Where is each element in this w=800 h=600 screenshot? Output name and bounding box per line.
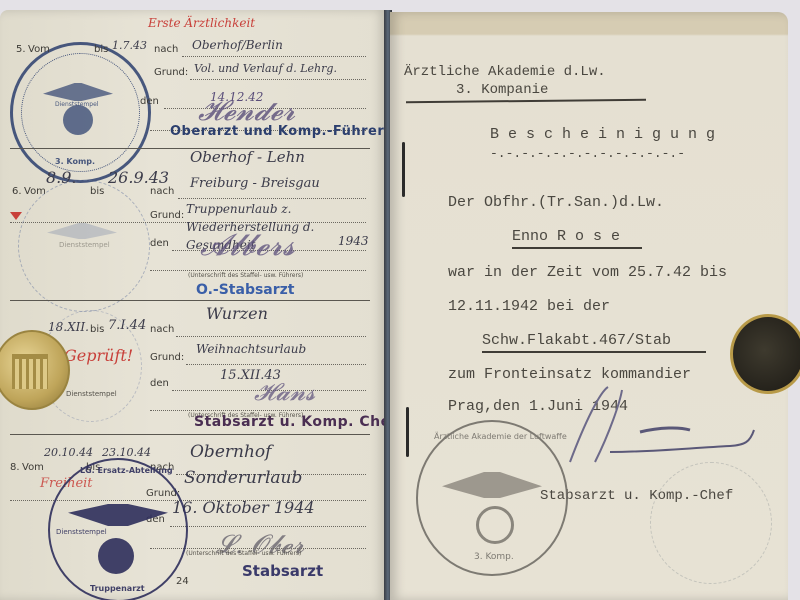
entry-7-signature: 𝓗𝓪𝓷𝓼 bbox=[254, 378, 315, 406]
wreath-emblem-icon bbox=[476, 506, 514, 544]
entry-8-destination: Obernhof bbox=[190, 442, 271, 462]
entry-6-date: 1943 bbox=[338, 234, 369, 248]
red-tick-mark bbox=[10, 212, 22, 220]
person-name: Enno R o s e bbox=[512, 228, 620, 245]
entry-6-destination: Oberhof - Lehn bbox=[190, 148, 305, 166]
entry-7-destination: Wurzen bbox=[206, 304, 268, 323]
body-line-period: war in der Zeit vom 25.7.42 bis bbox=[448, 264, 727, 281]
entry-5-number: 5. bbox=[16, 44, 26, 55]
top-red-note: Erste Ärztlichkeit bbox=[148, 16, 255, 30]
entry-6-destination-2: Freiburg - Breisgau bbox=[190, 176, 320, 191]
entry-8-reason: Sonderurlaub bbox=[184, 468, 302, 488]
entry-5-to-date: 1.7.43 bbox=[112, 39, 147, 52]
entry-7-reason: Weihnachtsurlaub bbox=[196, 342, 306, 356]
euro-coin-right bbox=[730, 314, 800, 394]
commander-signature bbox=[540, 382, 780, 472]
entry-8-from-date: 20.10.44 bbox=[44, 446, 93, 459]
entry-6-rank-stamp: O.-Stabsarzt bbox=[196, 282, 295, 298]
entry-6-number: 6. bbox=[12, 186, 22, 197]
wreath-emblem-icon bbox=[63, 105, 93, 135]
body-line-rank: Der Obfhr.(Tr.San.)d.Lw. bbox=[448, 194, 664, 211]
issuing-unit-header: Ärztliche Akademie d.Lw. bbox=[404, 64, 606, 80]
entry-5-destination: Oberhof/Berlin bbox=[192, 38, 283, 52]
entry-8-date: 16. Oktober 1944 bbox=[172, 498, 315, 517]
unit-name: Schw.Flakabt.467/Stab bbox=[482, 332, 671, 349]
company-header: 3. Kompanie bbox=[456, 82, 548, 98]
entry-5-rank-stamp: Oberarzt und Komp.-Führer bbox=[170, 124, 384, 139]
open-document-booklet: Erste Ärztlichkeit Dienststempel 3. Komp… bbox=[0, 0, 800, 600]
eagle-emblem-icon bbox=[47, 223, 117, 239]
entry-8-number: 8. bbox=[10, 462, 20, 473]
body-line-date: 12.11.1942 bei der bbox=[448, 298, 610, 315]
entry-6-signature: 𝓐𝓵𝓫𝓮𝓻𝓼 bbox=[200, 228, 295, 263]
service-stamp-bottom: Dienststempel LG. Ersatz-Abteilung Trupp… bbox=[48, 458, 188, 600]
entry-8-rank-stamp: Stabsarzt bbox=[242, 562, 323, 580]
right-page: Ärztliche Akademie d.Lw. 3. Kompanie B e… bbox=[390, 12, 788, 600]
eagle-emblem-icon bbox=[68, 504, 168, 526]
service-stamp-top: Dienststempel 3. Komp. bbox=[10, 42, 151, 183]
entry-7-rank-stamp: Stabsarzt u. Komp. Chef bbox=[194, 414, 397, 430]
page-number: 24 bbox=[176, 576, 189, 587]
entry-5-reason: Vol. und Verlauf d. Lehrg. bbox=[194, 62, 337, 75]
entry-8-to-date: 23.10.44 bbox=[102, 446, 151, 459]
document-title: B e s c h e i n i g u n g bbox=[490, 126, 715, 143]
binding-mark bbox=[402, 142, 405, 197]
entry-5-signature: 𝓗𝓮𝓷𝓭𝓮𝓻 bbox=[198, 94, 295, 128]
entry-6-to-date: 26.9.43 bbox=[108, 168, 169, 187]
faded-stamp bbox=[650, 462, 772, 584]
title-underline: -.-.-.-.-.-.-.-.-.-.-.-.- bbox=[490, 146, 685, 161]
binding-mark bbox=[406, 407, 409, 457]
body-line-assignment: zum Fronteinsatz kommandier bbox=[448, 366, 691, 383]
academy-stamp: Ärztliche Akademie der Luftwaffe 3. Komp… bbox=[416, 420, 568, 576]
eagle-emblem-icon bbox=[442, 472, 542, 498]
left-page: Erste Ärztlichkeit Dienststempel 3. Komp… bbox=[0, 10, 386, 600]
service-stamp-faded: Dienststempel bbox=[18, 180, 150, 312]
brandenburg-gate-icon bbox=[12, 354, 48, 389]
wreath-emblem-icon bbox=[98, 538, 134, 574]
